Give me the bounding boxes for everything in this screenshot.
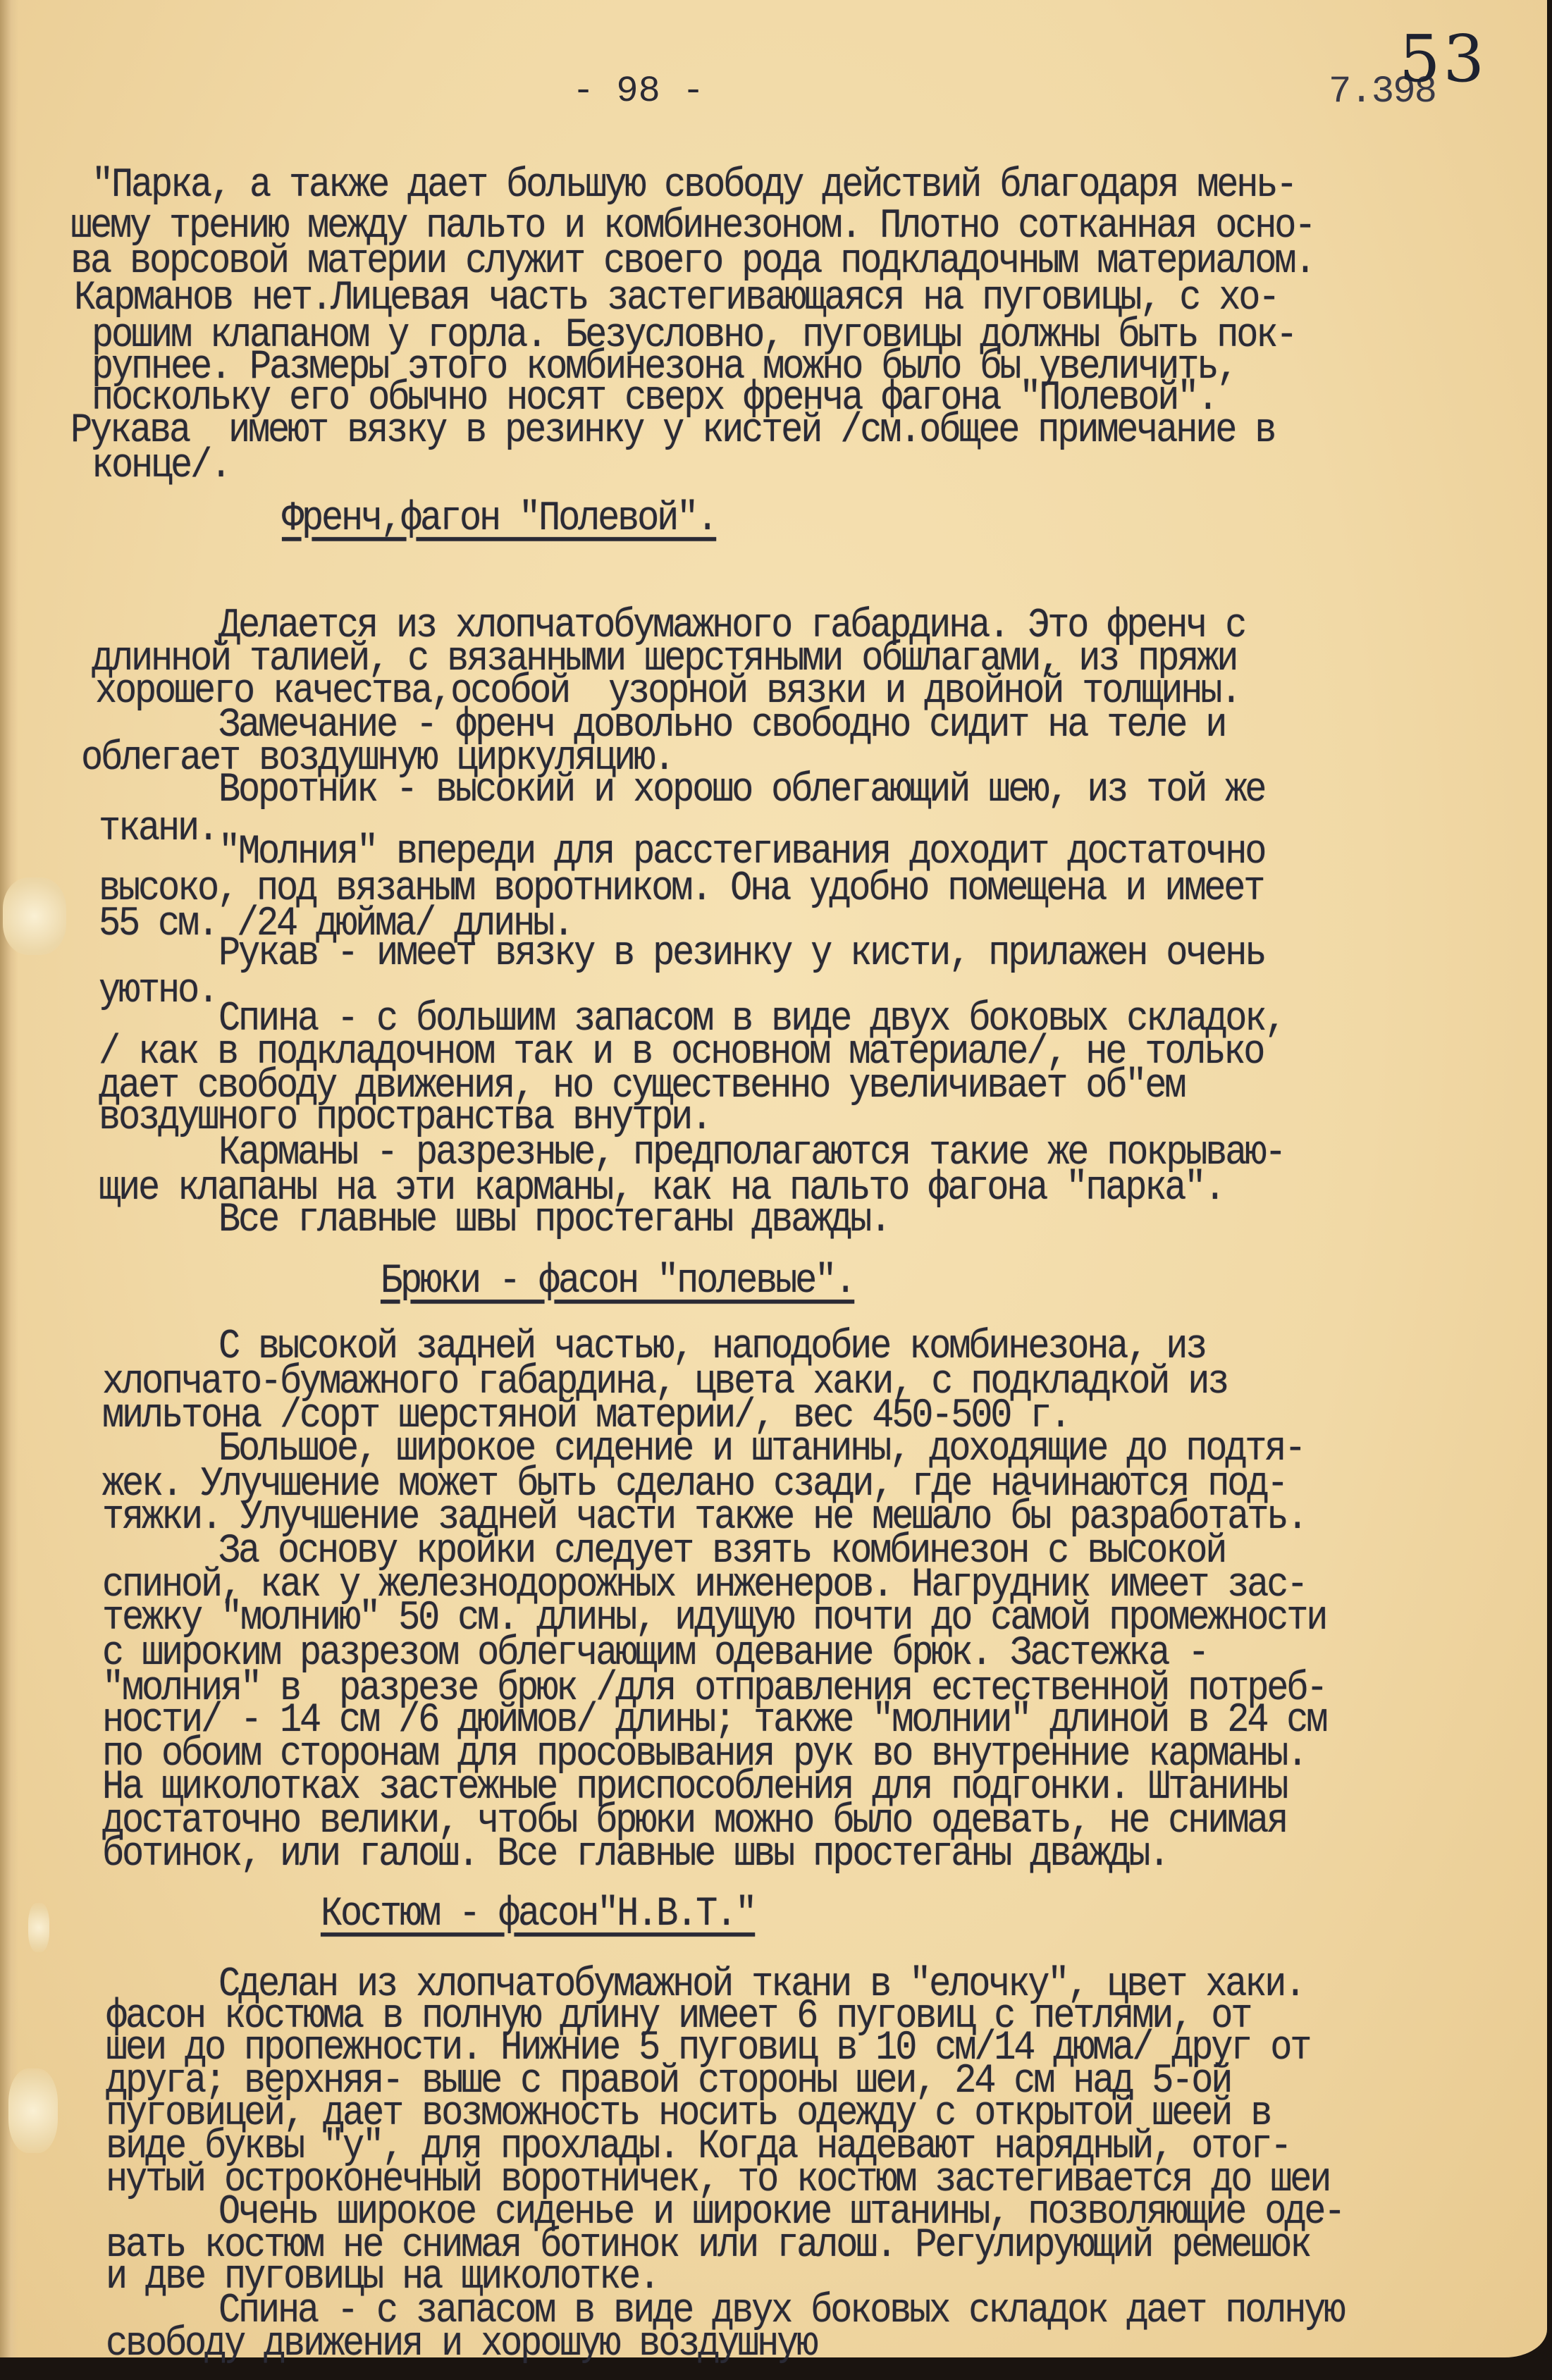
- text-line: Рукава имеют вязку в резинку у кистей /с…: [70, 409, 1274, 453]
- text-line: Рукав - имеет вязку в резинку у кисти, п…: [218, 932, 1264, 976]
- binding-edge: [0, 0, 18, 2357]
- text-line: "Парка, а также дает большую свободу дей…: [92, 164, 1295, 208]
- document-page: - 98 - 7.398 53 "Парка, а также дает бол…: [0, 0, 1547, 2357]
- section-heading: Френч,фагон "Полевой".: [282, 497, 716, 541]
- text-line: ботинок, или галош. Все главные швы прос…: [102, 1832, 1168, 1877]
- archive-number-stamp: 53: [1399, 21, 1487, 97]
- section-heading: Брюки - фасон "полевые".: [381, 1259, 854, 1304]
- text-line: Все главные швы простеганы дважды.: [218, 1198, 889, 1243]
- text-line: уютно.: [99, 969, 217, 1013]
- section-heading: Костюм - фасон"Н.В.Т.": [321, 1892, 755, 1937]
- paper-tear: [8, 2068, 58, 2153]
- text-line: Воротник - высокий и хорошо облегающий ш…: [218, 768, 1264, 813]
- text-line: свободу движения и хорошую воздушную: [106, 2322, 816, 2367]
- text-line: ткани.: [99, 807, 217, 851]
- paper-tear: [3, 877, 66, 955]
- page-number: - 98 -: [572, 70, 704, 112]
- text-line: конце/.: [92, 444, 230, 488]
- paper-tear: [28, 1903, 49, 1952]
